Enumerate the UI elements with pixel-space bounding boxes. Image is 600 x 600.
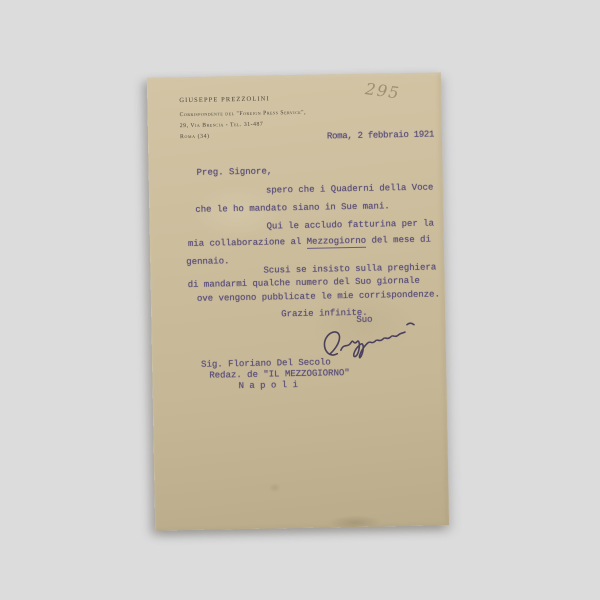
- letterhead-address: 29, Via Brescia - Tel. 31-487: [180, 123, 264, 130]
- body-line-3: che le ho mandato siano in Sue mani.: [195, 202, 390, 215]
- recipient-city: N a p o l i: [238, 381, 298, 391]
- body-line-7: Scusi se insisto sulla preghiera: [263, 263, 436, 275]
- letterhead-name: GIUSEPPE PREZZOLINI: [179, 96, 270, 104]
- body-line-5-post: del mese di: [366, 235, 431, 246]
- body-line-2: spero che i Quaderni della Voce: [266, 184, 434, 196]
- archive-number-pencil: 295: [364, 81, 401, 102]
- signature-handwriting: [315, 316, 430, 364]
- body-line-5-pre: mia collaborazione al: [188, 237, 307, 249]
- body-line-9: ove vengono pubblicate le mie corrispond…: [197, 290, 440, 303]
- body-line-4: Qui le accludo fatturina per la: [267, 219, 435, 231]
- letter-paper: GIUSEPPE PREZZOLINI Corrispondente del "…: [147, 72, 449, 530]
- letterhead-correspondent: Corrispondente del "Foreign Press Servic…: [180, 111, 307, 119]
- body-line-8: di mandarmi qualche numero del Suo giorn…: [188, 277, 420, 290]
- body-line-6: gennaio.: [186, 257, 229, 267]
- body-line-5: mia collaborazione al Mezzogiorno del me…: [188, 236, 431, 249]
- dateline: Roma, 2 febbraio 1921: [327, 130, 434, 141]
- photo-background: GIUSEPPE PREZZOLINI Corrispondente del "…: [0, 0, 600, 600]
- underlined-word-mezzogiorno: Mezzogiorno: [307, 236, 367, 249]
- salutation: Preg. Signore,: [197, 167, 273, 177]
- letterhead-city: Roma (34): [180, 135, 210, 141]
- recipient-redaz: Redaz. de "IL MEZZOGIORNO": [209, 369, 350, 381]
